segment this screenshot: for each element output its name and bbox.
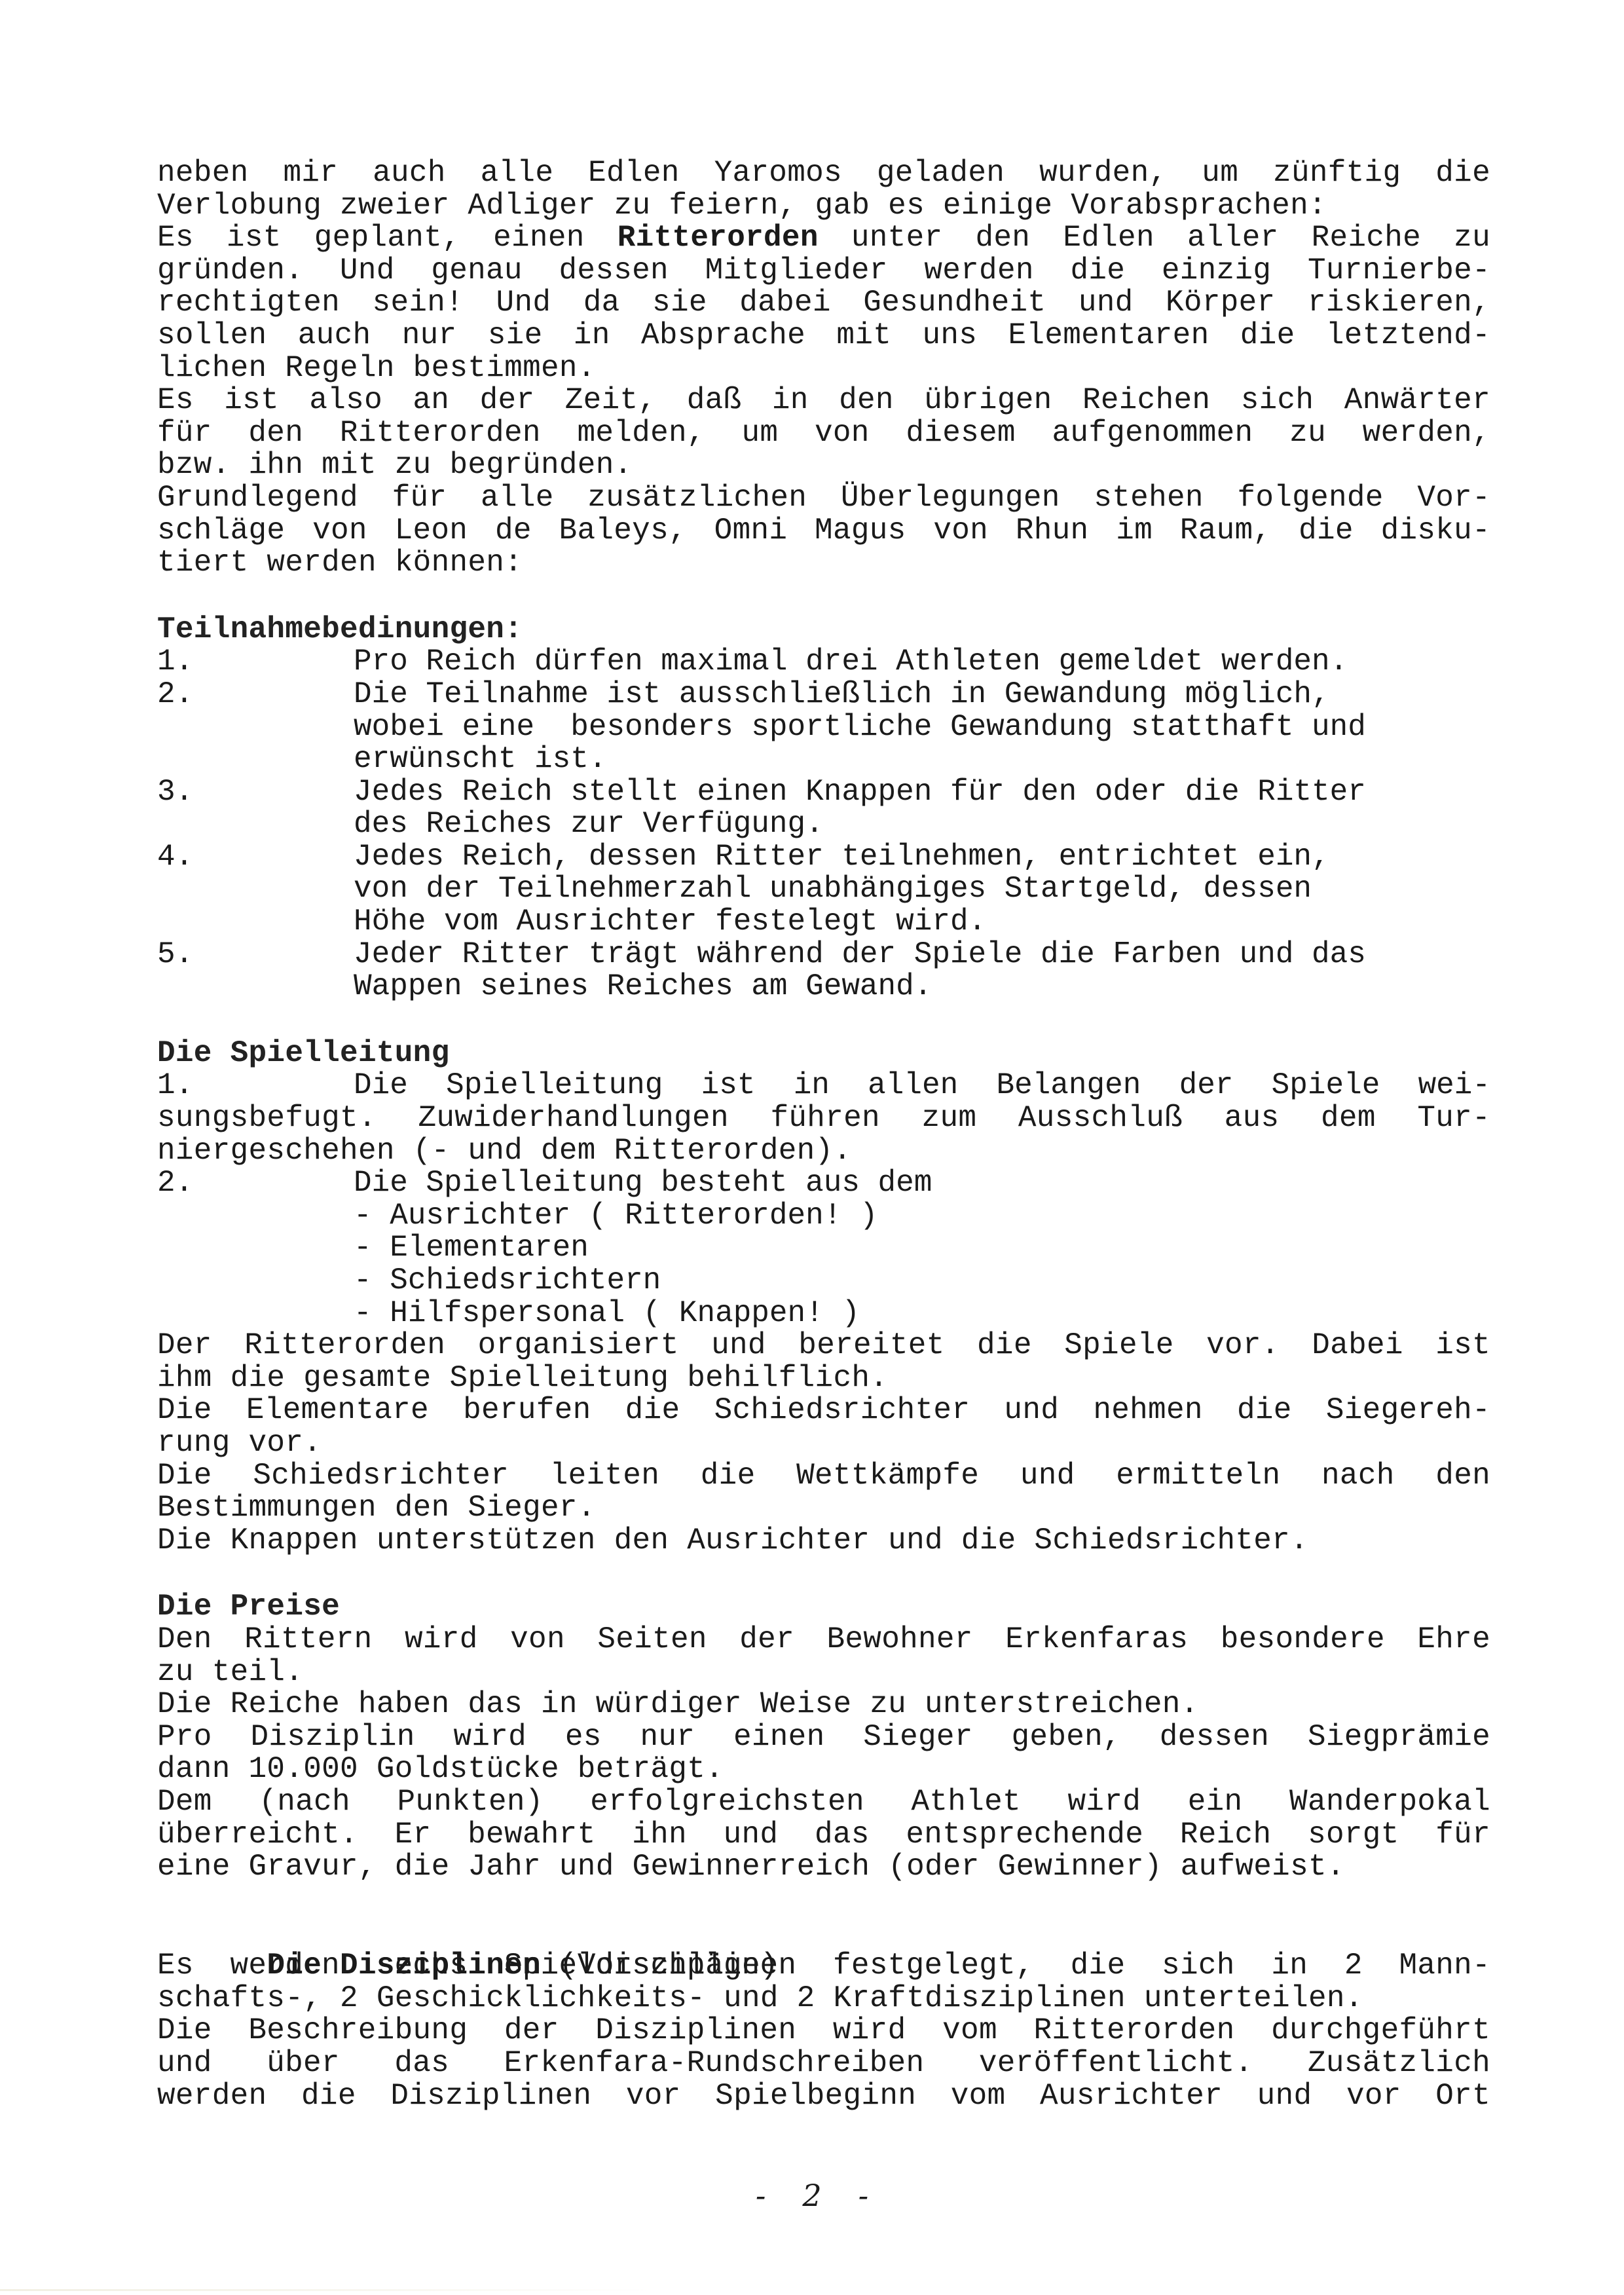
text-line: Es werden sechs Spieldisziplinen festgel… (157, 1950, 1490, 1983)
list-text: Jeder Ritter trägt während der Spiele di… (354, 939, 1490, 971)
list-text-cont: Höhe vom Ausrichter festelegt wird. (157, 906, 1490, 939)
text-line: Die Schiedsrichter leiten die Wettkämpfe… (157, 1460, 1490, 1493)
footer-dash-right: - (858, 2178, 869, 2213)
page-number-footer: -2- (0, 2178, 1624, 2213)
footer-dash-left: - (756, 2178, 766, 2213)
text-line: schläge von Leon de Baleys, Omni Magus v… (157, 515, 1490, 548)
member-ausrichter: - Ausrichter ( Ritterorden! ) (157, 1200, 1490, 1233)
member-elementaren: - Elementaren (157, 1232, 1490, 1265)
teilnahme-section: Teilnahmebedinungen: 1. Pro Reich dürfen… (157, 614, 1490, 1003)
text-line: sungsbefugt. Zuwiderhandlungen führen zu… (157, 1102, 1490, 1135)
section-heading-preise: Die Preise (157, 1591, 1490, 1624)
list-text-cont: Wappen seines Reiches am Gewand. (157, 971, 1490, 1003)
text-line: lichen Regeln bestimmen. (157, 352, 1490, 385)
text-line: Den Rittern wird von Seiten der Bewohner… (157, 1624, 1490, 1656)
text-line: Es ist also an der Zeit, daß in den übri… (157, 384, 1490, 417)
text-line: für den Ritterorden melden, um von diese… (157, 417, 1490, 450)
list-item: 5. Jeder Ritter trägt während der Spiele… (157, 939, 1490, 971)
list-text: Pro Reich dürfen maximal drei Athleten g… (354, 646, 1490, 679)
text-line: sollen auch nur sie in Absprache mit uns… (157, 320, 1490, 352)
section-heading-teilnahme: Teilnahmebedinungen: (157, 614, 1490, 646)
list-number: 3. (157, 776, 354, 809)
list-number: 2. (157, 1167, 354, 1200)
text-line: Die Knappen unterstützen den Ausrichter … (157, 1525, 1490, 1558)
text-line: neben mir auch alle Edlen Yaromos gelade… (157, 157, 1490, 190)
emphasis-ritterorden: Ritterorden (618, 221, 819, 255)
text-line: Der Ritterorden organisiert und bereitet… (157, 1330, 1490, 1362)
text-line: rung vor. (157, 1427, 1490, 1460)
text-line: zu teil. (157, 1656, 1490, 1689)
list-text: Die Spielleitung besteht aus dem (354, 1167, 1490, 1200)
preise-section: Die Preise Den Rittern wird von Seiten d… (157, 1591, 1490, 1883)
list-number: 2. (157, 679, 354, 711)
list-text-cont: von der Teilnehmerzahl unabhängiges Star… (157, 873, 1490, 906)
list-number: 1. (157, 646, 354, 679)
text-line: niergeschehen (- und dem Ritterorden). (157, 1135, 1490, 1168)
document-page: neben mir auch alle Edlen Yaromos gelade… (157, 157, 1490, 2112)
text-line: Die Elementare berufen die Schiedsrichte… (157, 1394, 1490, 1427)
text-line: Bestimmungen den Sieger. (157, 1492, 1490, 1525)
text-line: rechtigten sein! Und da sie dabei Gesund… (157, 287, 1490, 320)
list-item: 3. Jedes Reich stellt einen Knappen für … (157, 776, 1490, 809)
list-text-cont: erwünscht ist. (157, 743, 1490, 776)
list-text: Die Teilnahme ist ausschließlich in Gewa… (354, 679, 1490, 711)
list-number: 4. (157, 841, 354, 874)
list-text-cont: des Reiches zur Verfügung. (157, 808, 1490, 841)
list-number: 1. (157, 1070, 354, 1102)
text-line: Grundlegend für alle zusätzlichen Überle… (157, 482, 1490, 515)
text-line-ritterorden: Es ist geplant, einen Ritterorden unter … (157, 222, 1490, 255)
text-line: Die Reiche haben das in würdiger Weise z… (157, 1689, 1490, 1721)
text-line: eine Gravur, die Jahr und Gewinnerreich … (157, 1851, 1490, 1884)
member-hilfspersonal: - Hilfspersonal ( Knappen! ) (157, 1297, 1490, 1330)
text-line: werden die Disziplinen vor Spielbeginn v… (157, 2080, 1490, 2113)
text-line: überreicht. Er bewahrt ihn und das entsp… (157, 1819, 1490, 1852)
text-line: ihm die gesamte Spielleitung behilflich. (157, 1362, 1490, 1395)
text-line: bzw. ihn mit zu begründen. (157, 449, 1490, 482)
list-text: Jedes Reich stellt einen Knappen für den… (354, 776, 1490, 809)
list-item: 2. Die Teilnahme ist ausschließlich in G… (157, 679, 1490, 711)
text-line: Dem (nach Punkten) erfolgreichsten Athle… (157, 1786, 1490, 1819)
list-item: 2. Die Spielleitung besteht aus dem (157, 1167, 1490, 1200)
text-line: schafts-, 2 Geschicklichkeits- und 2 Kra… (157, 1983, 1490, 2015)
intro-section: neben mir auch alle Edlen Yaromos gelade… (157, 157, 1490, 580)
text-line: dann 10.000 Goldstücke beträgt. (157, 1753, 1490, 1786)
list-text: Jedes Reich, dessen Ritter teilnehmen, e… (354, 841, 1490, 874)
text-line: tiert werden können: (157, 547, 1490, 580)
section-heading-spielleitung: Die Spielleitung (157, 1037, 1490, 1070)
text-line: und über das Erkenfara-Rundschreiben ver… (157, 2047, 1490, 2080)
list-text: Die Spielleitung ist in allen Belangen d… (354, 1070, 1490, 1102)
text-line: Pro Disziplin wird es nur einen Sieger g… (157, 1721, 1490, 1754)
section-heading-disziplinen: Die Disziplinen (Vorschläge) (157, 1918, 1490, 1950)
disziplinen-section: Die Disziplinen (Vorschläge) Es werden s… (157, 1918, 1490, 2113)
text-span: unter den Edlen aller Reiche zu (819, 221, 1490, 255)
list-number: 5. (157, 939, 354, 971)
page-number: 2 (802, 2178, 821, 2213)
spielleitung-section: Die Spielleitung 1. Die Spielleitung ist… (157, 1037, 1490, 1558)
text-span: Es ist geplant, einen (157, 221, 618, 255)
text-line: Verlobung zweier Adliger zu feiern, gab … (157, 190, 1490, 223)
list-text-cont: wobei eine besonders sportliche Gewandun… (157, 711, 1490, 744)
list-item: 4. Jedes Reich, dessen Ritter teilnehmen… (157, 841, 1490, 874)
text-line: gründen. Und genau dessen Mitglieder wer… (157, 255, 1490, 288)
text-line: Die Beschreibung der Disziplinen wird vo… (157, 2015, 1490, 2047)
scan-artifact (0, 2289, 655, 2291)
list-item: 1. Die Spielleitung ist in allen Belange… (157, 1070, 1490, 1102)
list-item: 1. Pro Reich dürfen maximal drei Athlete… (157, 646, 1490, 679)
member-schiedsrichtern: - Schiedsrichtern (157, 1265, 1490, 1297)
